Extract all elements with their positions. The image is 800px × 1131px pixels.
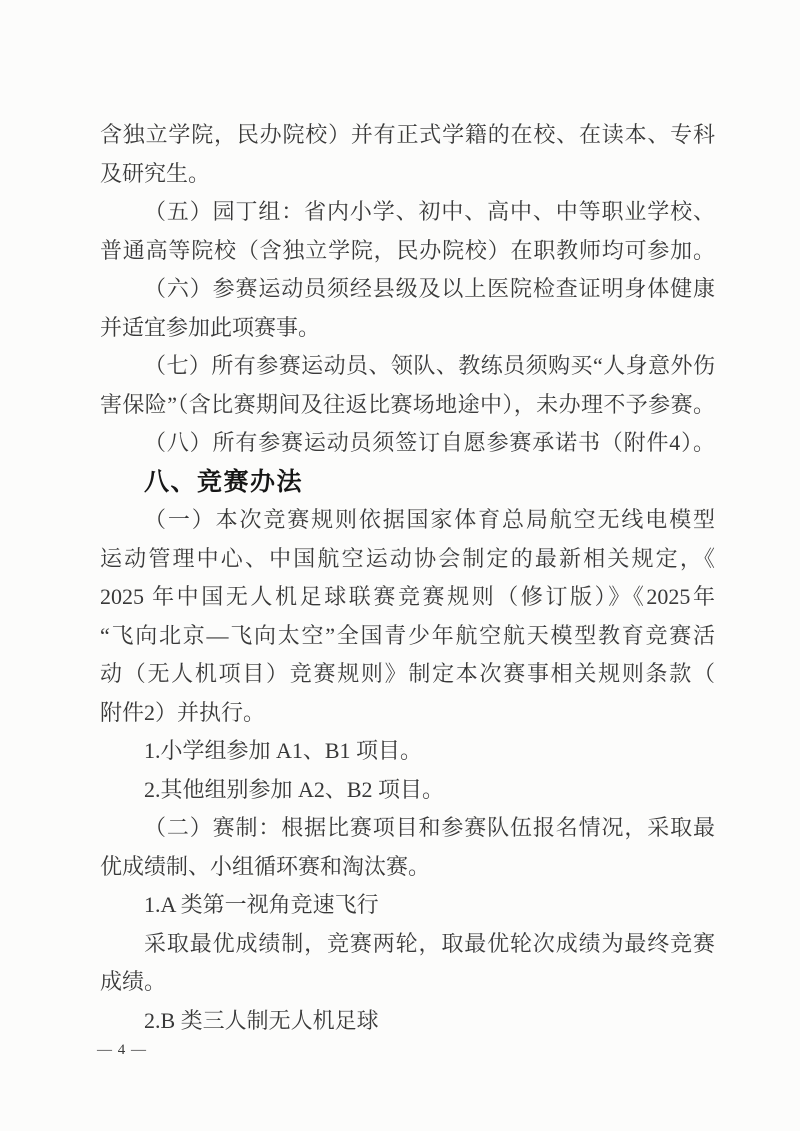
- text-line: 及研究生。: [100, 155, 715, 194]
- text-line: 害保险”（含比赛期间及往返比赛场地途中），未办理不予参赛。: [100, 386, 715, 425]
- text-line: （二）赛制：根据比赛项目和参赛队伍报名情况，采取最: [100, 809, 715, 848]
- text-line: 1.小学组参加 A1、B1 项目。: [100, 732, 715, 771]
- text-line: （八）所有参赛运动员须签订自愿参赛承诺书（附件4）。: [100, 424, 715, 463]
- text-line: （五）园丁组：省内小学、初中、高中、中等职业学校、: [100, 193, 715, 232]
- text-line: 附件2）并执行。: [100, 694, 715, 733]
- text-line: “飞向北京—飞向太空”全国青少年航空航天模型教育竞赛活: [100, 617, 715, 656]
- text-line: 2.B 类三人制无人机足球: [100, 1002, 715, 1041]
- text-line: （七）所有参赛运动员、领队、教练员须购买“人身意外伤: [100, 347, 715, 386]
- text-line: 2025 年中国无人机足球联赛竞赛规则（修订版）》《2025年: [100, 578, 715, 617]
- page-number: — 4 —: [97, 1042, 147, 1058]
- text-line: 动（无人机项目）竞赛规则》制定本次赛事相关规则条款（: [100, 655, 715, 694]
- text-line: （一）本次竞赛规则依据国家体育总局航空无线电模型: [100, 501, 715, 540]
- text-line: （六）参赛运动员须经县级及以上医院检查证明身体健康: [100, 270, 715, 309]
- text-line: 运动管理中心、中国航空运动协会制定的最新相关规定，《: [100, 540, 715, 579]
- section-heading: 八、竞赛办法: [100, 463, 715, 502]
- text-line: 含独立学院，民办院校）并有正式学籍的在校、在读本、专科: [100, 116, 715, 155]
- text-line: 2.其他组别参加 A2、B2 项目。: [100, 771, 715, 810]
- document-page: 含独立学院，民办院校）并有正式学籍的在校、在读本、专科 及研究生。 （五）园丁组…: [0, 0, 800, 1131]
- text-line: 成绩。: [100, 963, 715, 1002]
- text-line: 采取最优成绩制，竞赛两轮，取最优轮次成绩为最终竞赛: [100, 925, 715, 964]
- text-line: 1.A 类第一视角竞速飞行: [100, 886, 715, 925]
- page-footer: — 4 —: [97, 1041, 147, 1060]
- text-line: 普通高等院校（含独立学院，民办院校）在职教师均可参加。: [100, 232, 715, 271]
- text-line: 优成绩制、小组循环赛和淘汰赛。: [100, 848, 715, 887]
- text-line: 并适宜参加此项赛事。: [100, 309, 715, 348]
- document-body: 含独立学院，民办院校）并有正式学籍的在校、在读本、专科 及研究生。 （五）园丁组…: [100, 116, 715, 1040]
